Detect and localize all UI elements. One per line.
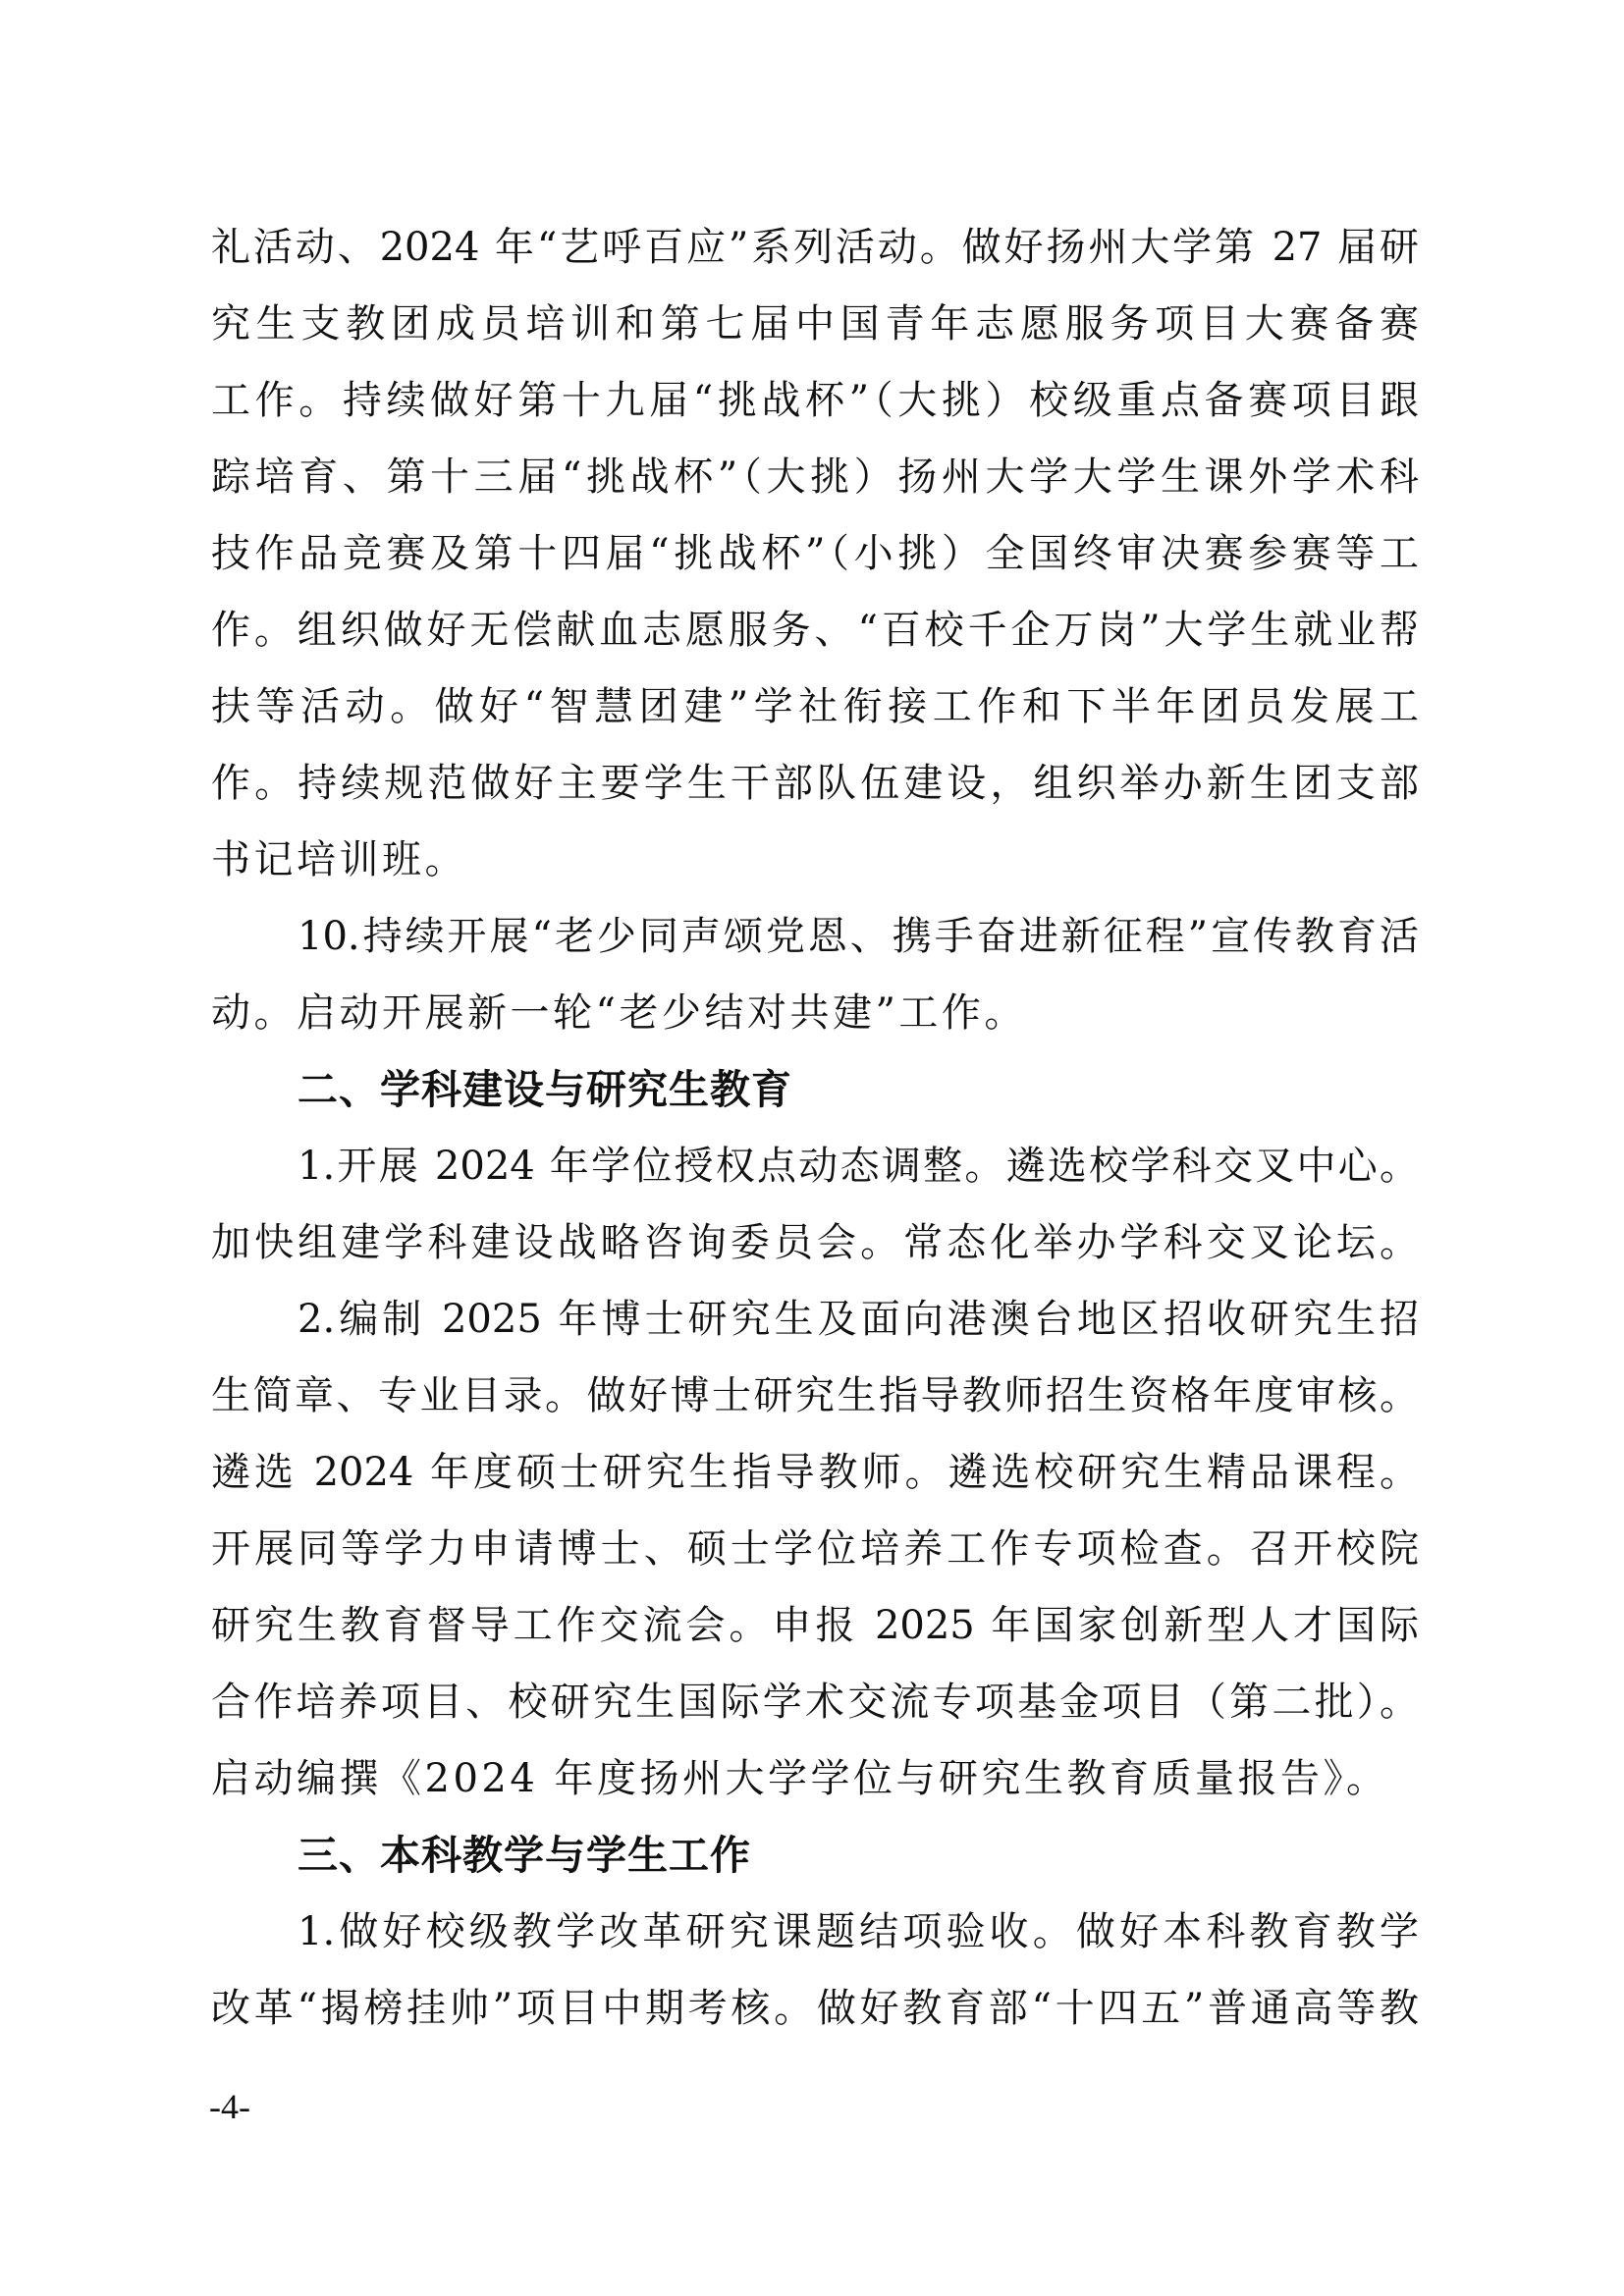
text-line: 踪培育、第十三届“挑战杯”（大挑）扬州大学大学生课外学术科 — [211, 439, 1419, 515]
page-number: -4- — [209, 2087, 250, 2126]
text-line: 作。持续规范做好主要学生干部队伍建设，组织举办新生团支部 — [211, 745, 1419, 822]
text-line: 加快组建学科建设战略咨询委员会。常态化举办学科交叉论坛。 — [211, 1204, 1419, 1281]
text-line-paragraph-end: 启动编撰《2024 年度扬州大学学位与研究生教育质量报告》。 — [211, 1740, 1419, 1817]
text-line: 改革“揭榜挂帅”项目中期考核。做好教育部“十四五”普通高等教 — [211, 1970, 1419, 2047]
paragraph-item-10: 10.持续开展“老少同声颂党恩、携手奋进新征程”宣传教育活 — [211, 898, 1419, 975]
paragraph-item-2: 2.编制 2025 年博士研究生及面向港澳台地区招收研究生招 — [211, 1281, 1419, 1358]
section-heading-discipline-construction: 二、学科建设与研究生教育 — [211, 1051, 1419, 1128]
text-line-paragraph-end: 书记培训班。 — [211, 822, 1419, 898]
section-heading-undergraduate-teaching: 三、本科教学与学生工作 — [211, 1817, 1419, 1894]
text-line: 开展同等学力申请博士、硕士学位培养工作专项检查。召开校院 — [211, 1511, 1419, 1587]
text-line: 作。组织做好无偿献血志愿服务、“百校千企万岗”大学生就业帮 — [211, 592, 1419, 668]
document-body: 礼活动、2024 年“艺呼百应”系列活动。做好扬州大学第 27 届研 究生支教团… — [211, 209, 1419, 2047]
text-line: 技作品竞赛及第十四届“挑战杯”（小挑）全国终审决赛参赛等工 — [211, 515, 1419, 592]
text-line: 工作。持续做好第十九届“挑战杯”（大挑）校级重点备赛项目跟 — [211, 362, 1419, 439]
document-page: 礼活动、2024 年“艺呼百应”系列活动。做好扬州大学第 27 届研 究生支教团… — [0, 0, 1624, 2296]
paragraph-item-1: 1.做好校级教学改革研究课题结项验收。做好本科教育教学 — [211, 1894, 1419, 1970]
text-line: 礼活动、2024 年“艺呼百应”系列活动。做好扬州大学第 27 届研 — [211, 209, 1419, 286]
text-line: 生简章、专业目录。做好博士研究生指导教师招生资格年度审核。 — [211, 1358, 1419, 1434]
text-line-paragraph-end: 动。启动开展新一轮“老少结对共建”工作。 — [211, 975, 1419, 1051]
text-line: 研究生教育督导工作交流会。申报 2025 年国家创新型人才国际 — [211, 1587, 1419, 1664]
text-line: 合作培养项目、校研究生国际学术交流专项基金项目（第二批）。 — [211, 1664, 1419, 1740]
text-line: 遴选 2024 年度硕士研究生指导教师。遴选校研究生精品课程。 — [211, 1434, 1419, 1511]
paragraph-item-1: 1.开展 2024 年学位授权点动态调整。遴选校学科交叉中心。 — [211, 1128, 1419, 1204]
text-line: 扶等活动。做好“智慧团建”学社衔接工作和下半年团员发展工 — [211, 668, 1419, 745]
text-line: 究生支教团成员培训和第七届中国青年志愿服务项目大赛备赛 — [211, 286, 1419, 362]
